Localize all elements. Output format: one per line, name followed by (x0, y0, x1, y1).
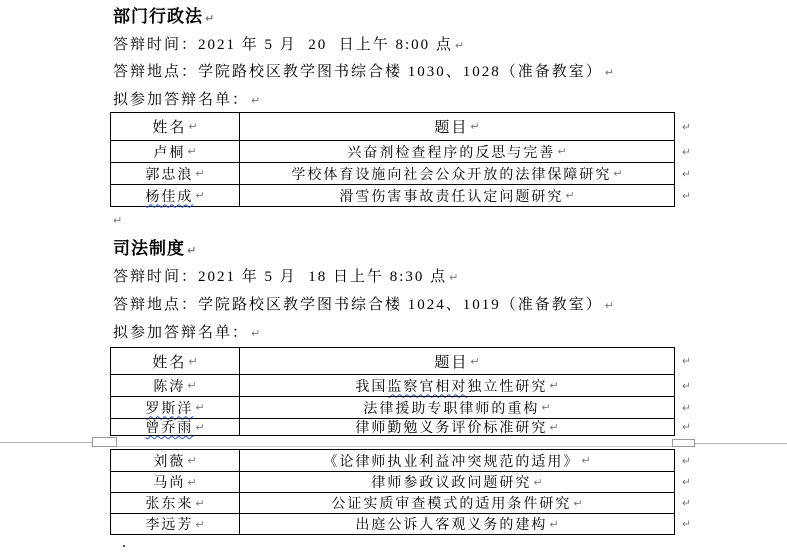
name-cell: 郭忠浪↵ (111, 163, 240, 184)
pilcrow-icon: ↵ (251, 94, 260, 107)
topic-cell: 滑雪伤害事故责任认定问题研究↵ (240, 185, 674, 206)
pilcrow-icon: ↵ (470, 355, 479, 368)
thesis-topic: 兴奋剂检查程序的反思与完善 (347, 142, 555, 162)
topic-cell: 律师参政议政问题研究↵ (240, 472, 674, 492)
header-cell-topic: 题目↵ (240, 348, 674, 374)
pilcrow-icon: ↵ (251, 327, 260, 340)
section1-time-text: 答辩时间：2021 年 5 月 20 日上午 8:00 点 (113, 37, 453, 53)
header-cell-name: 姓名↵ (111, 113, 240, 140)
pilcrow-icon: ↵ (605, 66, 614, 79)
pilcrow-icon: ↵ (682, 167, 691, 180)
section2-list-label: 拟参加答辩名单：↵ (113, 323, 260, 344)
table-row: 曾乔雨↵ 律师勤勉义务评价标准研究↵ ↵ (111, 418, 674, 435)
page-corner-marker (92, 437, 117, 447)
pilcrow-icon: ↵ (682, 120, 691, 133)
student-name: 郭忠浪 (145, 164, 193, 184)
pilcrow-icon: ↵ (549, 518, 558, 531)
section2-list-label-text: 拟参加答辩名单： (113, 325, 249, 341)
document-page[interactable]: 部门行政法↵ 答辩时间：2021 年 5 月 20 日上午 8:00 点↵ 答辩… (0, 0, 787, 552)
thesis-topic: 我国 (355, 376, 387, 396)
pilcrow-icon: ↵ (682, 497, 691, 510)
pilcrow-icon: ↵ (188, 355, 197, 368)
pilcrow-icon: ↵ (682, 454, 691, 467)
pilcrow-icon: ↵ (557, 145, 566, 158)
pilcrow-icon: ↵ (605, 299, 614, 312)
topic-cell: 公证实质审查模式的适用条件研究↵ (240, 493, 674, 513)
student-name: 刘薇 (153, 451, 185, 471)
pilcrow-icon: ↵ (533, 476, 542, 489)
student-name: 陈涛 (153, 376, 185, 396)
table-row: 张东来↵ 公证实质审查模式的适用条件研究↵ ↵ (111, 492, 674, 513)
section1-place-text: 答辩地点：学院路校区教学图书综合楼 1030、1028（准备教室） (113, 64, 603, 80)
name-cell: 刘薇↵ (111, 450, 240, 471)
pilcrow-icon: ↵ (195, 167, 204, 180)
thesis-topic: 滑雪伤害事故责任认定问题研究 (339, 186, 563, 206)
pilcrow-icon: ↵ (581, 454, 590, 467)
name-cell: 杨佳成↵ (111, 185, 240, 206)
student-name-misspelled: 曾乔雨 (145, 417, 193, 437)
pilcrow-icon: ↵ (549, 421, 558, 434)
table-row: 郭忠浪↵ 学校体育设施向社会公众开放的法律保障研究↵ ↵ (111, 162, 674, 184)
page-break-line (104, 446, 684, 447)
topic-cell: 兴奋剂检查程序的反思与完善↵ (240, 141, 674, 162)
pilcrow-icon: ↵ (187, 244, 196, 257)
pilcrow-icon: ↵ (449, 271, 458, 284)
pilcrow-icon: ↵ (195, 497, 204, 510)
pilcrow-icon: ↵ (682, 401, 691, 414)
name-cell: 李远芳↵ (111, 514, 240, 534)
thesis-topic: 学校体育设施向社会公众开放的法律保障研究 (291, 164, 611, 184)
table-row: 马尚↵ 律师参政议政问题研究↵ ↵ (111, 471, 674, 492)
pilcrow-icon: ↵ (682, 421, 691, 434)
section1-list-label: 拟参加答辩名单：↵ (113, 90, 260, 111)
name-cell: 张东来↵ (111, 493, 240, 513)
name-cell: 曾乔雨↵ (111, 419, 240, 435)
pilcrow-icon: ↵ (187, 379, 196, 392)
section1-heading-text: 部门行政法 (113, 7, 203, 26)
name-cell: 马尚↵ (111, 472, 240, 492)
student-name: 李远芳 (145, 514, 193, 534)
pilcrow-icon: ↵ (187, 476, 196, 489)
student-name-misspelled: 罗斯洋 (145, 398, 193, 418)
page-corner-marker (672, 439, 695, 447)
student-name: 张东来 (145, 493, 193, 513)
pilcrow-icon: ↵ (549, 379, 558, 392)
pilcrow-icon: ↵ (682, 518, 691, 531)
thesis-topic: 出庭公诉人客观义务的建构 (355, 514, 547, 534)
topic-cell: 《论律师执业利益冲突规范的适用》↵ (240, 450, 674, 471)
pilcrow-icon: ↵ (682, 189, 691, 202)
section1-heading: 部门行政法↵ (113, 7, 214, 29)
defense-table-2-continued: 刘薇↵ 《论律师执业利益冲突规范的适用》↵ ↵ 马尚↵ 律师参政议政问题研究↵ … (110, 449, 675, 535)
pilcrow-icon: ↵ (682, 379, 691, 392)
pilcrow-icon: ↵ (682, 355, 691, 368)
pilcrow-icon: ↵ (573, 497, 582, 510)
pilcrow-icon: ↵ (541, 401, 550, 414)
header-name-text: 姓名 (152, 116, 186, 137)
section1-time-line: 答辩时间：2021 年 5 月 20 日上午 8:00 点↵ (113, 35, 464, 56)
thesis-topic: 律师参政议政问题研究 (371, 472, 531, 492)
header-cell-topic: 题目↵ (240, 113, 674, 140)
pilcrow-icon: ↵ (682, 476, 691, 489)
pilcrow-icon: ↵ (195, 189, 204, 202)
table-row: 刘薇↵ 《论律师执业利益冲突规范的适用》↵ ↵ (111, 450, 674, 471)
section2-place-text: 答辩地点：学院路校区教学图书综合楼 1024、1019（准备教室） (113, 297, 603, 313)
pilcrow-icon: ↵ (188, 120, 197, 133)
header-name-text: 姓名 (152, 351, 186, 372)
header-topic-text: 题目 (434, 116, 468, 137)
section1-list-label-text: 拟参加答辩名单： (113, 92, 249, 108)
section2-place-line: 答辩地点：学院路校区教学图书综合楼 1024、1019（准备教室）↵ (113, 295, 614, 316)
section2-heading-text: 司法制度 (113, 239, 185, 258)
student-name-misspelled: 杨佳成 (145, 186, 193, 206)
pilcrow-icon: ↵ (565, 189, 574, 202)
topic-cell: 律师勤勉义务评价标准研究↵ (240, 419, 674, 435)
topic-cell: 学校体育设施向社会公众开放的法律保障研究↵ (240, 163, 674, 184)
table-row: 陈涛↵ 我国监察官相对独立性研究↵ ↵ (111, 374, 674, 396)
table-row: 李远芳↵ 出庭公诉人客观义务的建构↵ ↵ (111, 513, 674, 534)
pilcrow-icon: ↵ (682, 145, 691, 158)
thesis-topic: 《论律师执业利益冲突规范的适用》 (323, 451, 579, 471)
section1-place-line: 答辩地点：学院路校区教学图书综合楼 1030、1028（准备教室）↵ (113, 62, 614, 83)
pilcrow-icon: ↵ (187, 145, 196, 158)
stray-mark (123, 545, 125, 547)
pilcrow-icon: ↵ (470, 120, 479, 133)
table-header-row: 姓名↵ 题目↵ ↵ (111, 113, 674, 140)
thesis-topic: 法律援助专职律师的重构 (363, 398, 539, 418)
page-break-line (684, 443, 787, 444)
defense-table-2: 姓名↵ 题目↵ ↵ 陈涛↵ 我国监察官相对独立性研究↵ ↵ 罗斯洋↵ 法律援助专… (110, 347, 675, 436)
pilcrow-icon: ↵ (195, 518, 204, 531)
name-cell: 卢桐↵ (111, 141, 240, 162)
table-row: 罗斯洋↵ 法律援助专职律师的重构↵ ↵ (111, 396, 674, 418)
student-name: 卢桐 (153, 142, 185, 162)
pilcrow-icon: ↵ (455, 39, 464, 52)
section2-time-line: 答辩时间：2021 年 5 月 18 日上午 8:30 点↵ (113, 267, 458, 288)
pilcrow-icon: ↵ (613, 167, 622, 180)
thesis-topic: 公证实质审查模式的适用条件研究 (331, 493, 571, 513)
page-break-line (0, 442, 104, 443)
student-name: 马尚 (153, 472, 185, 492)
topic-cell: 出庭公诉人客观义务的建构↵ (240, 514, 674, 534)
pilcrow-icon: ↵ (187, 454, 196, 467)
section2-time-text: 答辩时间：2021 年 5 月 18 日上午 8:30 点 (113, 269, 447, 285)
header-cell-name: 姓名↵ (111, 348, 240, 374)
table-header-row: 姓名↵ 题目↵ ↵ (111, 348, 674, 374)
table-row: 卢桐↵ 兴奋剂检查程序的反思与完善↵ ↵ (111, 140, 674, 162)
topic-cell: 法律援助专职律师的重构↵ (240, 397, 674, 418)
thesis-topic: 独立性研究 (467, 376, 547, 396)
thesis-topic: 律师勤勉义务评价标准研究 (355, 417, 547, 437)
pilcrow-icon: ↵ (195, 421, 204, 434)
name-cell: 陈涛↵ (111, 375, 240, 396)
pilcrow-icon: ↵ (205, 12, 214, 25)
thesis-topic-misspelled: 监察官相对 (387, 376, 467, 396)
topic-cell: 我国监察官相对独立性研究↵ (240, 375, 674, 396)
name-cell: 罗斯洋↵ (111, 397, 240, 418)
defense-table-1: 姓名↵ 题目↵ ↵ 卢桐↵ 兴奋剂检查程序的反思与完善↵ ↵ 郭忠浪↵ 学校体育… (110, 112, 675, 207)
pilcrow-icon: ↵ (113, 214, 122, 227)
header-topic-text: 题目 (434, 351, 468, 372)
pilcrow-icon: ↵ (195, 401, 204, 414)
table-row: 杨佳成↵ 滑雪伤害事故责任认定问题研究↵ ↵ (111, 184, 674, 206)
section2-heading: 司法制度↵ (113, 239, 196, 261)
